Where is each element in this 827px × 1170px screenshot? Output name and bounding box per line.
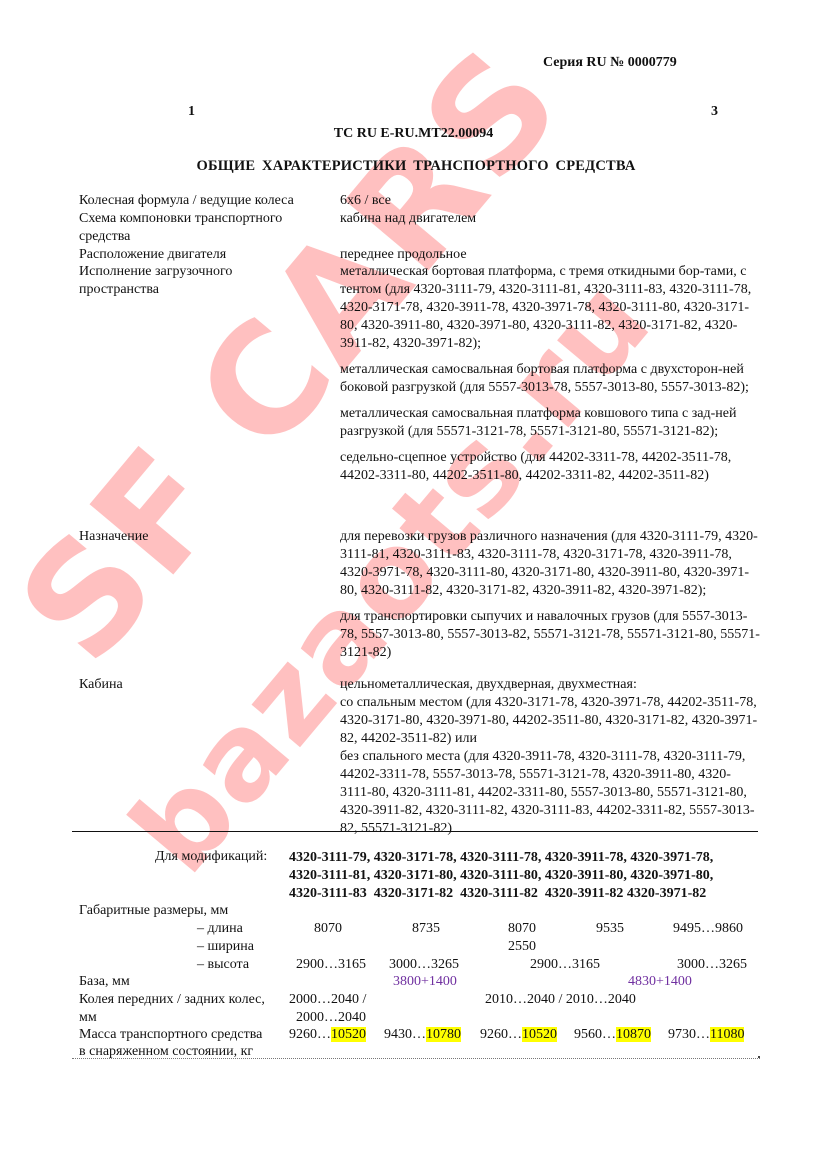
track-value: 2000…2040 [296,1009,366,1027]
height-label: – высота [197,956,249,974]
length-value: 8070 [508,920,536,938]
row-value: кабина над двигателем [340,210,762,228]
row-value-list: металлическая бортовая платформа, с трем… [340,263,762,485]
section-divider [72,831,758,832]
row-value: 6x6 / все [340,192,762,210]
height-value: 3000…3265 [389,956,459,974]
bottom-dotted-rule [72,1058,760,1059]
series-number: Серия RU № 0000779 [543,55,677,71]
mass-value: 9430…10780 [384,1026,461,1044]
modifications-label: Для модификаций: [155,849,267,865]
height-value: 2900…3165 [296,956,366,974]
row-label: Колесная формула / ведущие колеса [79,192,334,210]
bottom-rule-end [758,1056,760,1058]
track-label: Колея передних / задних колес, [79,991,265,1009]
mass-max: 11080 [710,1027,744,1042]
modifications-line: 4320-3111-79, 4320-3171-78, 4320-3111-78… [289,849,769,867]
row-value: цельнометаллическая, двухдверная, двухме… [340,676,762,694]
length-value: 9495…9860 [673,920,743,938]
track-label-unit: мм [79,1009,97,1027]
mass-value: 9730…11080 [668,1026,744,1044]
track-value: 2010…2040 / 2010…2040 [485,991,636,1009]
row-label: Кабина [79,676,334,694]
row-value: переднее продольное [340,246,762,264]
base-value: 4830+1400 [628,973,692,991]
width-value: 2550 [508,938,536,956]
row-value: металлическая бортовая платформа, с трем… [340,263,762,353]
modifications-line: 4320-3111-83 4320-3171-82 4320-3111-82 4… [289,885,769,903]
mass-value: 9560…10870 [574,1026,651,1044]
length-label: – длина [197,920,243,938]
row-value-list: цельнометаллическая, двухдверная, двухме… [340,676,762,838]
mass-min: 9730… [668,1027,710,1042]
mass-min: 9260… [289,1027,331,1042]
page-number-right: 3 [711,104,718,120]
mass-value: 9260…10520 [480,1026,557,1044]
base-value: 3800+1400 [393,973,457,991]
mass-value: 9260…10520 [289,1026,366,1044]
mass-max: 10520 [522,1027,557,1042]
row-value: металлическая самосвальная бортовая плат… [340,361,762,397]
mass-min: 9260… [480,1027,522,1042]
length-value: 9535 [596,920,624,938]
base-label: База, мм [79,973,130,991]
page-number-left: 1 [188,104,195,120]
length-value: 8070 [314,920,342,938]
row-value: для перевозки грузов различного назначен… [340,528,762,600]
row-value: седельно-сцепное устройство (для 44202-3… [340,449,762,485]
row-label: Расположение двигателя [79,246,334,264]
track-value: 2000…2040 / [289,991,366,1009]
page-title: ОБЩИЕ ХАРАКТЕРИСТИКИ ТРАНСПОРТНОГО СРЕДС… [0,158,827,175]
document-number: ТС RU E-RU.МТ22.00094 [0,126,827,142]
mass-max: 10520 [331,1027,366,1042]
dimensions-label: Габаритные размеры, мм [79,902,228,920]
row-value: со спальным местом (для 4320-3171-78, 43… [340,694,762,748]
row-label: Исполнение загрузочного пространства [79,263,259,299]
modifications-line: 4320-3111-81, 4320-3171-80, 4320-3111-80… [289,867,769,885]
mass-min: 9560… [574,1027,616,1042]
row-value-list: для перевозки грузов различного назначен… [340,528,762,662]
mass-max: 10780 [426,1027,461,1042]
row-value: металлическая самосвальная платформа ков… [340,405,762,441]
row-value: без спального места (для 4320-3911-78, 4… [340,748,762,838]
height-value: 2900…3165 [530,956,600,974]
mass-label: Масса транспортного средства [79,1026,262,1044]
mass-min: 9430… [384,1027,426,1042]
modifications-list: 4320-3111-79, 4320-3171-78, 4320-3111-78… [289,849,769,903]
row-value: для транспортировки сыпучих и навалочных… [340,608,762,662]
length-value: 8735 [412,920,440,938]
mass-max: 10870 [616,1027,651,1042]
row-label: Схема компоновки транспортного средства [79,210,314,246]
row-label: Назначение [79,528,334,546]
height-value: 3000…3265 [677,956,747,974]
width-label: – ширина [197,938,254,956]
